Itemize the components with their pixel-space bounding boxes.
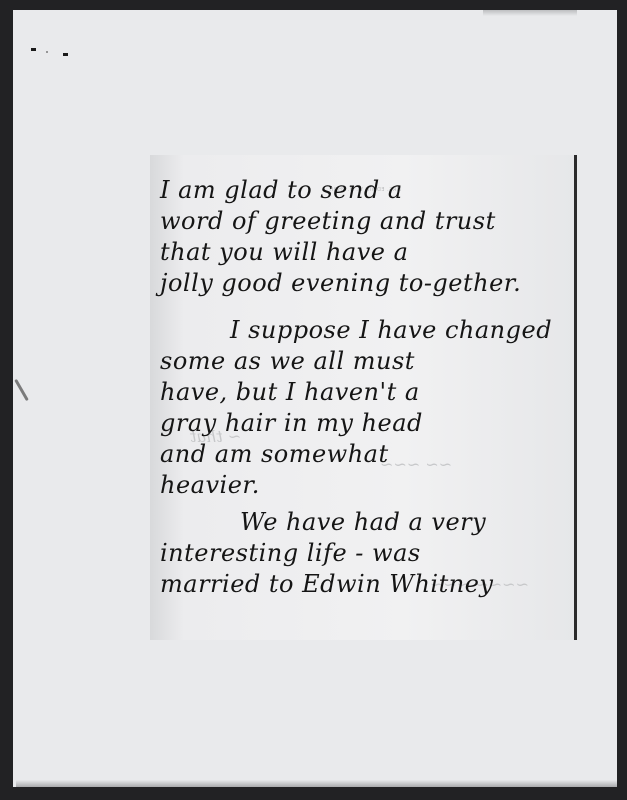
text-line: We have had a very [160,507,570,538]
stray-mark [31,48,36,51]
document-page: MRS. EDWIN W. H. PHOH ~ that ~~ ~~~ ~~~~… [13,10,617,787]
copy-edge [574,155,577,640]
text-line: interesting life - was [160,538,570,569]
text-line: I suppose I have changed [160,315,570,346]
scan-edge-shadow [483,10,577,16]
text-line: have, but I haven't a [160,377,570,408]
text-line: gray hair in my head [160,408,570,439]
text-line: some as we all must [160,346,570,377]
text-line: word of greeting and trust [160,206,570,237]
scan-edge-shadow [16,780,617,787]
stray-mark [63,53,68,56]
text-line: I am glad to send a [160,175,570,206]
text-line: that you will have a [160,237,570,268]
text-line: jolly good evening to-gether. [160,268,570,299]
text-line: heavier. [160,470,570,501]
text-line: and am somewhat [160,439,570,470]
stray-mark [14,379,29,401]
text-line: married to Edwin Whitney [160,569,570,600]
handwritten-text: I am glad to send a word of greeting and… [160,175,570,600]
stray-mark [46,51,48,53]
letter-photocopy: MRS. EDWIN W. H. PHOH ~ that ~~ ~~~ ~~~~… [150,155,575,640]
